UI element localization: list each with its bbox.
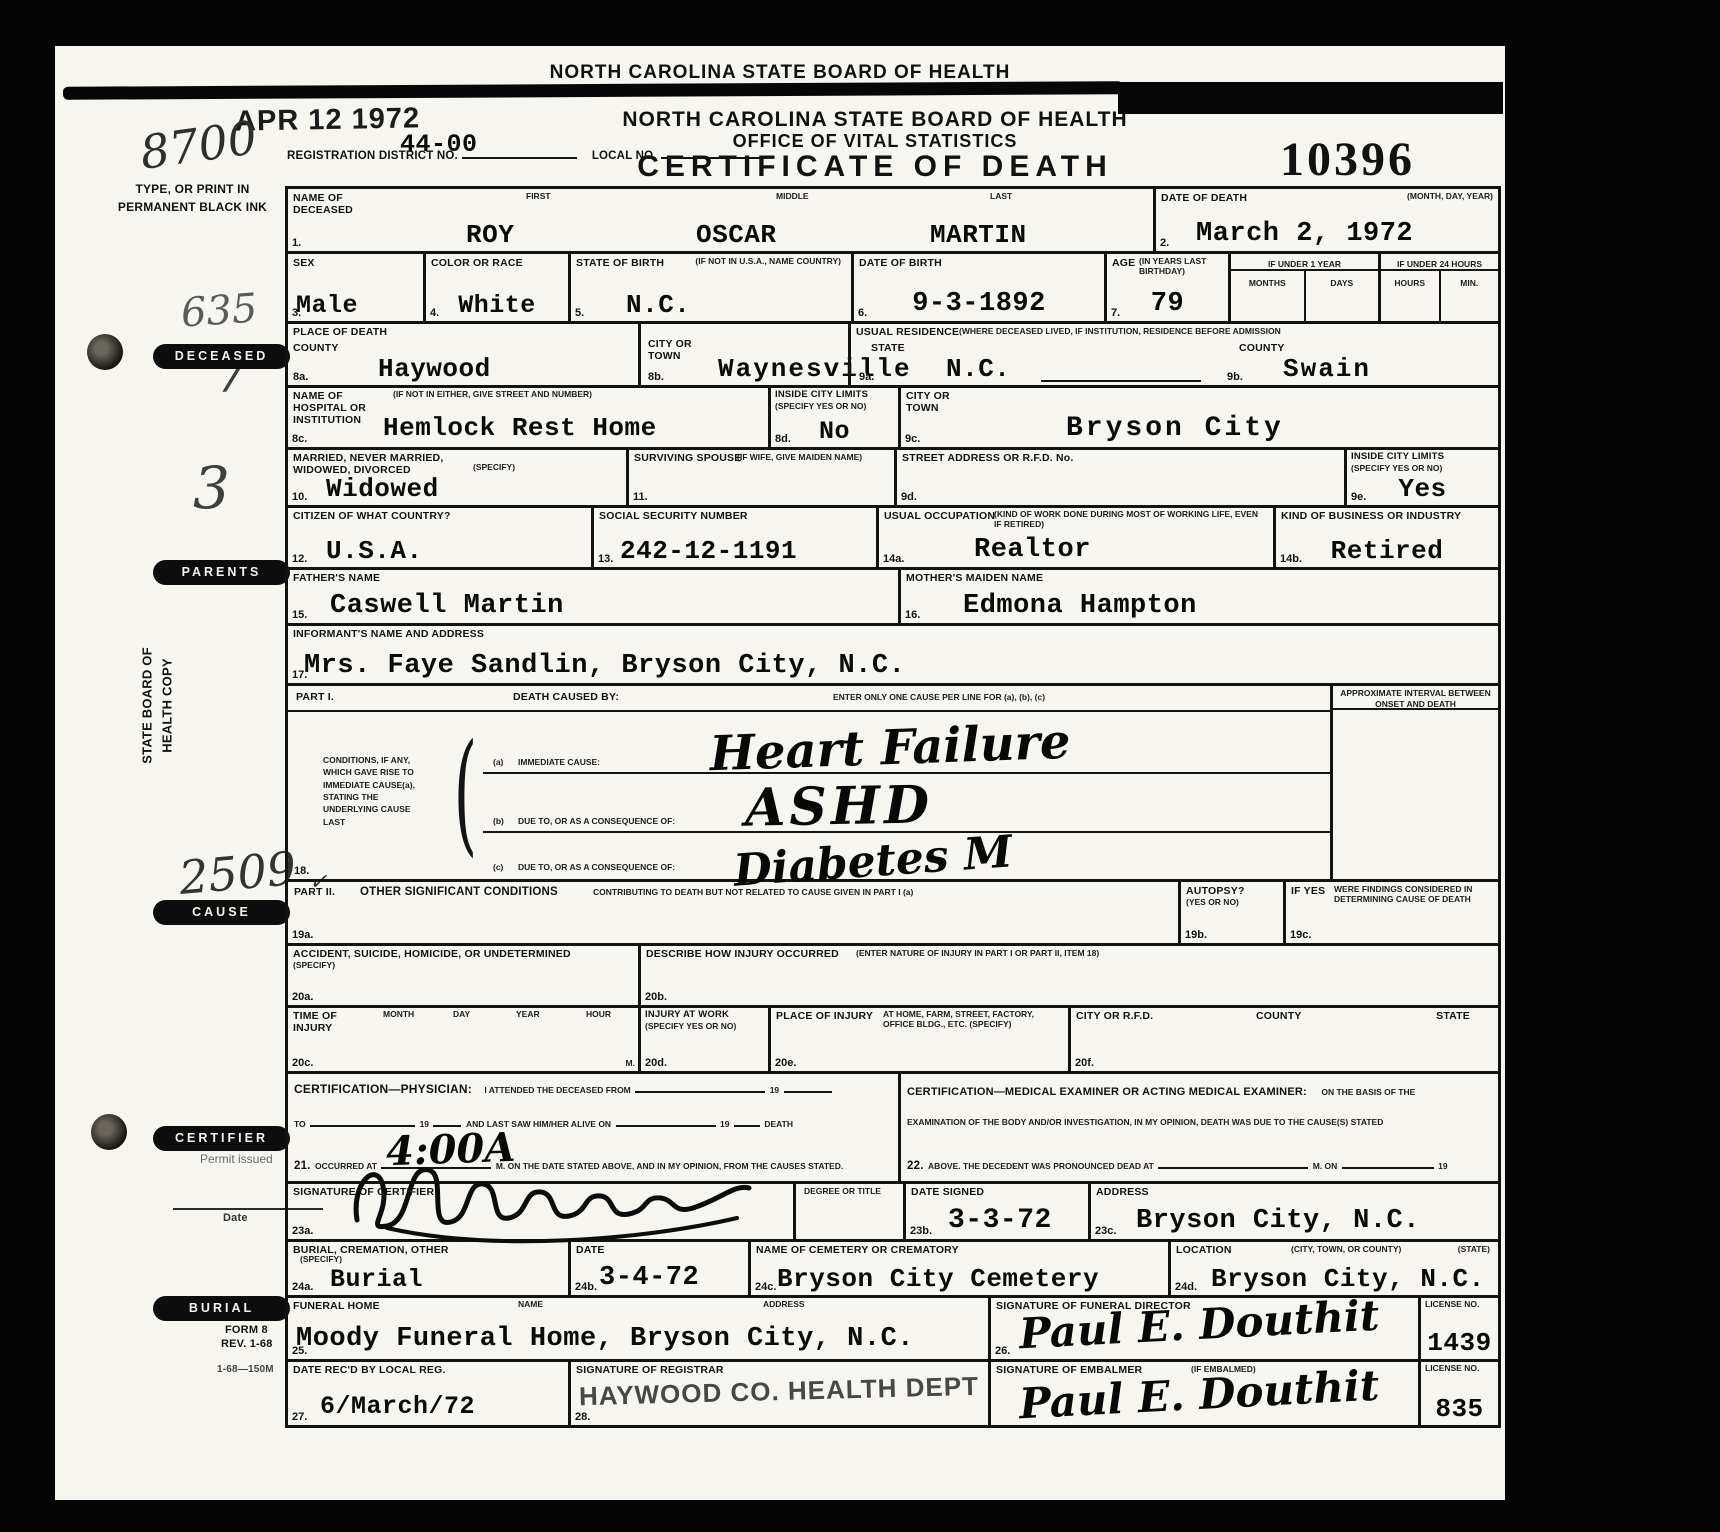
row-signature: SIGNATURE OF CERTIFIER 23a. DEGREE OR TI… bbox=[288, 1181, 1498, 1239]
margin-tab-parents: PARENTS bbox=[153, 560, 290, 585]
funeral-home-label: FUNERAL HOME bbox=[293, 1300, 380, 1312]
city-rfd-label: CITY OR R.F.D. bbox=[1076, 1010, 1153, 1022]
scanned-death-certificate: NORTH CAROLINA STATE BOARD OF HEALTH NOR… bbox=[0, 0, 1720, 1532]
business-number: 14b. bbox=[1280, 553, 1302, 565]
item-26-number: 26. bbox=[995, 1345, 1010, 1357]
item-24d-number: 24d. bbox=[1175, 1281, 1197, 1293]
degree-title-label: DEGREE OR TITLE bbox=[804, 1187, 881, 1197]
me-basis-label: ON THE BASIS OF THE bbox=[1321, 1087, 1415, 1097]
date-of-birth-label: DATE OF BIRTH bbox=[859, 257, 942, 269]
death-caused-by-label: DEATH CAUSED BY: bbox=[513, 691, 619, 703]
item-19b-number: 19b. bbox=[1185, 929, 1207, 941]
item-23c-number: 23c. bbox=[1095, 1225, 1116, 1237]
icl2-label: INSIDE CITY LIMITS bbox=[1351, 452, 1481, 463]
row-burial: BURIAL, CREMATION, OTHER (SPECIFY) 24a. … bbox=[288, 1239, 1498, 1295]
state-of-birth-sublabel: (IF NOT IN U.S.A., NAME COUNTRY) bbox=[671, 257, 841, 267]
icl2-number: 9e. bbox=[1351, 491, 1366, 503]
field-marital-status: MARRIED, NEVER MARRIED, WIDOWED, DIVORCE… bbox=[288, 450, 626, 505]
other-conditions-label: OTHER SIGNIFICANT CONDITIONS bbox=[360, 886, 558, 899]
date-signed-value: 3-3-72 bbox=[948, 1207, 1052, 1235]
how-injury-sublabel: (ENTER NATURE OF INJURY IN PART I OR PAR… bbox=[856, 949, 1099, 959]
date-of-birth-number: 6. bbox=[858, 307, 867, 319]
attended-from-year: 19 bbox=[770, 1085, 779, 1095]
field-place-of-death: PLACE OF DEATH COUNTY 8a. Haywood CITY O… bbox=[288, 324, 848, 385]
occupation-label: USUAL OCCUPATION bbox=[884, 510, 995, 522]
row-part2: PART II. OTHER SIGNIFICANT CONDITIONS CO… bbox=[288, 879, 1498, 943]
previous-page-title: NORTH CAROLINA STATE BOARD OF HEALTH bbox=[55, 62, 1505, 84]
row-marital: MARRIED, NEVER MARRIED, WIDOWED, DIVORCE… bbox=[288, 447, 1498, 505]
margin-date-label: Date bbox=[223, 1212, 248, 1225]
informant-value: Mrs. Faye Sandlin, Bryson City, N.C. bbox=[304, 653, 905, 680]
margin-tab-cause: CAUSE bbox=[153, 900, 290, 925]
funeral-home-name-label: NAME bbox=[518, 1300, 543, 1310]
handwritten-margin-number-3: 3 bbox=[193, 454, 230, 522]
injury-at-work-sublabel: (SPECIFY YES OR NO) bbox=[645, 1022, 765, 1032]
funeral-home-value: Moody Funeral Home, Bryson City, N.C. bbox=[296, 1326, 914, 1353]
date-of-death-label: DATE OF DEATH bbox=[1161, 192, 1247, 204]
spouse-label: SURVIVING SPOUSE bbox=[634, 452, 741, 464]
last-saw-blank bbox=[616, 1116, 716, 1127]
form-print-run: 1-68—150M bbox=[217, 1364, 274, 1376]
icl1-number: 8d. bbox=[775, 433, 791, 445]
field-informant: INFORMANT'S NAME AND ADDRESS 17. Mrs. Fa… bbox=[288, 626, 1498, 683]
row-funeral-home: FUNERAL HOME NAME ADDRESS 25. Moody Fune… bbox=[288, 1295, 1498, 1359]
license2-value: 835 bbox=[1435, 1396, 1483, 1422]
days-cell: DAYS bbox=[1304, 271, 1379, 321]
field-funeral-director-signature: SIGNATURE OF FUNERAL DIRECTOR 26. Paul E… bbox=[988, 1298, 1418, 1359]
handwritten-margin-number-2509: 2509 bbox=[177, 841, 298, 905]
name-item-number: 1. bbox=[292, 237, 301, 249]
received-date-stamp: APR 12 1972 bbox=[235, 102, 421, 138]
icl2-sublabel: (SPECIFY YES OR NO) bbox=[1351, 464, 1481, 474]
cemetery-label: NAME OF CEMETERY OR CREMATORY bbox=[756, 1244, 959, 1256]
row-hospital: NAME OF HOSPITAL OR INSTITUTION (IF NOT … bbox=[288, 385, 1498, 447]
certifier-address-label: ADDRESS bbox=[1096, 1186, 1149, 1198]
certifier-signature bbox=[343, 1142, 763, 1242]
date-of-birth-value: 9-3-1892 bbox=[912, 291, 1046, 318]
place-of-death-label: PLACE OF DEATH bbox=[293, 326, 387, 338]
item-20f-number: 20f. bbox=[1075, 1057, 1094, 1069]
form-revision: REV. 1-68 bbox=[221, 1338, 273, 1351]
item-21-number: 21. bbox=[294, 1160, 311, 1172]
field-burial-date: DATE 24b. 3-4-72 bbox=[568, 1242, 748, 1295]
under-24-header: IF UNDER 24 HOURS bbox=[1381, 254, 1498, 271]
last-label: LAST bbox=[990, 192, 1012, 202]
certificate-paper: NORTH CAROLINA STATE BOARD OF HEALTH NOR… bbox=[55, 46, 1505, 1500]
handwritten-margin-number-top: 8700 bbox=[137, 110, 260, 180]
county-label: COUNTY bbox=[293, 342, 339, 354]
attended-from-year-blank bbox=[784, 1082, 832, 1093]
part1-label: PART I. bbox=[296, 691, 334, 703]
months-label: MONTHS bbox=[1249, 278, 1286, 288]
burial-date-value: 3-4-72 bbox=[599, 1265, 699, 1292]
item-20c-number: 20c. bbox=[292, 1057, 313, 1069]
field-if-under-1-year: IF UNDER 1 YEAR MONTHS DAYS bbox=[1228, 254, 1378, 321]
hours-label: HOURS bbox=[1394, 278, 1425, 288]
occupation-number: 14a. bbox=[883, 553, 904, 565]
field-inside-city-limits-8d: INSIDE CITY LIMITS (SPECIFY YES OR NO) 8… bbox=[768, 388, 898, 447]
row-sex-birth: SEX 3. Male COLOR OR RACE 4. White STATE… bbox=[288, 251, 1498, 321]
field-sex: SEX 3. Male bbox=[288, 254, 423, 321]
pronounced-date-blank bbox=[1342, 1158, 1434, 1169]
field-autopsy: AUTOPSY? (YES OR NO) 19b. bbox=[1178, 882, 1283, 943]
field-street-address: STREET ADDRESS OR R.F.D. No. 9d. bbox=[894, 450, 1344, 505]
field-degree-title: DEGREE OR TITLE bbox=[793, 1184, 903, 1239]
age-value: 79 bbox=[1151, 291, 1184, 318]
icl1-value: No bbox=[819, 419, 850, 444]
b-label: (b) bbox=[493, 817, 504, 827]
date-of-death-sublabel: (MONTH, DAY, YEAR) bbox=[1407, 192, 1493, 202]
field-date-received: DATE REC'D BY LOCAL REG. 27. 6/March/72 bbox=[288, 1362, 568, 1425]
me-line-1: CERTIFICATION—MEDICAL EXAMINER OR ACTING… bbox=[907, 1082, 1415, 1100]
icl2-value: Yes bbox=[1398, 476, 1446, 502]
occupation-sublabel: (KIND OF WORK DONE DURING MOST OF WORKIN… bbox=[994, 510, 1264, 530]
days-label: DAYS bbox=[1330, 278, 1353, 288]
field-citizen: CITIZEN OF WHAT COUNTRY? 12. U.S.A. bbox=[288, 508, 591, 567]
citizen-number: 12. bbox=[292, 553, 307, 565]
license1-value: 1439 bbox=[1427, 1330, 1491, 1356]
c-due-label: DUE TO, OR AS A CONSEQUENCE OF: bbox=[518, 863, 675, 873]
county-value: Haywood bbox=[378, 356, 491, 382]
street-address-label: STREET ADDRESS OR R.F.D. No. bbox=[902, 452, 1073, 464]
cause-line-a: (a) IMMEDIATE CAUSE: Heart Failure bbox=[483, 712, 1330, 774]
under-1-year-subcells: MONTHS DAYS bbox=[1231, 271, 1378, 321]
item-23b-number: 23b. bbox=[910, 1225, 932, 1237]
field-ssn: SOCIAL SECURITY NUMBER 13. 242-12-1191 bbox=[591, 508, 876, 567]
license2-label: LICENSE NO. bbox=[1425, 1364, 1495, 1374]
residence-state-blank bbox=[1041, 371, 1201, 382]
immediate-cause-label: IMMEDIATE CAUSE: bbox=[518, 758, 600, 768]
burial-type-value: Burial bbox=[330, 1267, 423, 1292]
field-hospital: NAME OF HOSPITAL OR INSTITUTION (IF NOT … bbox=[288, 388, 768, 447]
father-value: Caswell Martin bbox=[330, 593, 564, 620]
item-24b-number: 24b. bbox=[575, 1281, 597, 1293]
mother-value: Edmona Hampton bbox=[963, 593, 1197, 620]
item-20e-number: 20e. bbox=[775, 1057, 796, 1069]
item-28-number: 28. bbox=[575, 1411, 590, 1423]
findings-label: IF YES bbox=[1291, 885, 1325, 897]
hospital-label: NAME OF HOSPITAL OR INSTITUTION bbox=[293, 390, 388, 426]
marital-sublabel: (SPECIFY) bbox=[473, 463, 515, 473]
field-if-under-24-hours: IF UNDER 24 HOURS HOURS MIN. bbox=[1378, 254, 1498, 321]
margin-tab-deceased: DECEASED bbox=[153, 344, 290, 369]
field-other-conditions: PART II. OTHER SIGNIFICANT CONDITIONS CO… bbox=[288, 882, 1178, 943]
month-label: MONTH bbox=[383, 1010, 414, 1020]
item-23a-number: 23a. bbox=[292, 1225, 313, 1237]
spouse-sublabel: (IF WIFE, GIVE MAIDEN NAME) bbox=[737, 453, 887, 463]
hole-punch-bottom bbox=[91, 1114, 127, 1150]
field-state-of-birth: STATE OF BIRTH (IF NOT IN U.S.A., NAME C… bbox=[568, 254, 851, 321]
certifier-address-value: Bryson City, N.C. bbox=[1136, 1208, 1420, 1235]
city-town-number: 8b. bbox=[648, 371, 664, 383]
father-number: 15. bbox=[292, 609, 307, 621]
item-20b-number: 20b. bbox=[645, 991, 667, 1003]
under-24-label: IF UNDER 24 HOURS bbox=[1397, 259, 1482, 269]
a-label: (a) bbox=[493, 758, 503, 768]
registration-line: REGISTRATION DISTRICT NO. LOCAL NO. bbox=[287, 146, 766, 164]
under-1-year-header: IF UNDER 1 YEAR bbox=[1231, 254, 1378, 271]
to-blank bbox=[310, 1116, 415, 1127]
part1-main: PART I. DEATH CAUSED BY: ENTER ONLY ONE … bbox=[288, 686, 1330, 879]
funeral-home-address-label: ADDRESS bbox=[763, 1300, 805, 1310]
conditions-brace: ( bbox=[454, 728, 477, 860]
residence-state-number: 9a. bbox=[859, 371, 874, 383]
field-cemetery: NAME OF CEMETERY OR CREMATORY 24c. Bryso… bbox=[748, 1242, 1168, 1295]
b-due-label: DUE TO, OR AS A CONSEQUENCE OF: bbox=[518, 817, 675, 827]
field-surviving-spouse: SURVIVING SPOUSE (IF WIFE, GIVE MAIDEN N… bbox=[626, 450, 894, 505]
field-date-of-death: DATE OF DEATH (MONTH, DAY, YEAR) 2. Marc… bbox=[1153, 189, 1498, 251]
medical-examiner-label: CERTIFICATION—MEDICAL EXAMINER OR ACTING… bbox=[907, 1086, 1307, 1098]
field-name-of-deceased: NAME OF DECEASED FIRST MIDDLE LAST 1. RO… bbox=[288, 189, 1153, 251]
how-injury-label: DESCRIBE HOW INJURY OCCURRED bbox=[646, 948, 839, 960]
marital-value: Widowed bbox=[326, 476, 439, 502]
item-27-number: 27. bbox=[292, 1411, 307, 1423]
hour-label: HOUR bbox=[586, 1010, 611, 1020]
copy-designation-label: STATE BOARD OF HEALTH COPY bbox=[138, 646, 177, 766]
death-word-label: DEATH bbox=[764, 1119, 793, 1129]
date-of-death-number: 2. bbox=[1160, 237, 1169, 249]
me-line-2: EXAMINATION OF THE BODY AND/OR INVESTIGA… bbox=[907, 1118, 1383, 1128]
row-parents: FATHER'S NAME 15. Caswell Martin MOTHER'… bbox=[288, 567, 1498, 623]
row-registrar: DATE REC'D BY LOCAL REG. 27. 6/March/72 … bbox=[288, 1359, 1498, 1425]
last-saw-year-blank bbox=[734, 1116, 760, 1127]
field-usual-residence: USUAL RESIDENCE (WHERE DECEASED LIVED, I… bbox=[848, 324, 1498, 385]
location-label: LOCATION bbox=[1176, 1244, 1232, 1256]
occupation-value: Realtor bbox=[974, 537, 1091, 564]
local-no-label: LOCAL NO. bbox=[592, 150, 657, 162]
usual-residence-label: USUAL RESIDENCE bbox=[856, 326, 959, 338]
field-burial-type: BURIAL, CREMATION, OTHER (SPECIFY) 24a. … bbox=[288, 1242, 568, 1295]
date-received-value: 6/March/72 bbox=[320, 1394, 475, 1419]
hospital-number: 8c. bbox=[292, 433, 307, 445]
field-date-signed: DATE SIGNED 23b. 3-3-72 bbox=[903, 1184, 1088, 1239]
cause-b-value: ASHD bbox=[744, 774, 933, 838]
part1-header: PART I. DEATH CAUSED BY: ENTER ONLY ONE … bbox=[288, 686, 1330, 712]
registration-district-label: REGISTRATION DISTRICT NO. bbox=[287, 150, 458, 162]
item-24a-number: 24a. bbox=[292, 1281, 313, 1293]
other-conditions-sublabel: CONTRIBUTING TO DEATH BUT NOT RELATED TO… bbox=[593, 888, 1153, 898]
me-m-on-label: M. ON bbox=[1313, 1161, 1338, 1171]
ssn-label: SOCIAL SECURITY NUMBER bbox=[599, 510, 748, 522]
residence-county-label: COUNTY bbox=[1239, 342, 1285, 354]
enter-note: ENTER ONLY ONE CAUSE PER LINE FOR (a), (… bbox=[833, 693, 1045, 703]
sex-label: SEX bbox=[293, 257, 315, 269]
part1-body: CONDITIONS, IF ANY, WHICH GAVE RISE TO I… bbox=[288, 712, 1330, 879]
autopsy-sublabel: (YES OR NO) bbox=[1186, 898, 1239, 908]
board-title: NORTH CAROLINA STATE BOARD OF HEALTH bbox=[375, 108, 1375, 132]
informant-label: INFORMANT'S NAME AND ADDRESS bbox=[293, 628, 484, 640]
hospital-sublabel: (IF NOT IN EITHER, GIVE STREET AND NUMBE… bbox=[393, 390, 673, 400]
row-informant: INFORMANT'S NAME AND ADDRESS 17. Mrs. Fa… bbox=[288, 623, 1498, 683]
hours-cell: HOURS bbox=[1381, 271, 1439, 321]
field-how-injury: DESCRIBE HOW INJURY OCCURRED (ENTER NATU… bbox=[638, 946, 1498, 1005]
part1-interval-column: APPROXIMATE INTERVAL BETWEEN ONSET AND D… bbox=[1330, 686, 1498, 879]
business-label: KIND OF BUSINESS OR INDUSTRY bbox=[1281, 510, 1461, 522]
min-label: MIN. bbox=[1460, 278, 1478, 288]
row-part1-cause: PART I. DEATH CAUSED BY: ENTER ONLY ONE … bbox=[288, 683, 1498, 879]
state-of-birth-value: N.C. bbox=[626, 292, 690, 318]
part1-conditions-column: CONDITIONS, IF ANY, WHICH GAVE RISE TO I… bbox=[288, 712, 483, 879]
permit-issued-label: Permit issued bbox=[200, 1152, 273, 1166]
city-town-label: CITY OR TOWN bbox=[648, 338, 698, 362]
row-citizen-ssn: CITIZEN OF WHAT COUNTRY? 12. U.S.A. SOCI… bbox=[288, 505, 1498, 567]
ssn-value: 242-12-1191 bbox=[620, 538, 797, 564]
torn-page-edge bbox=[63, 81, 1123, 100]
under-1-year-label: IF UNDER 1 YEAR bbox=[1268, 259, 1341, 269]
residence-county-value: Swain bbox=[1283, 356, 1371, 382]
field-color-race: COLOR OR RACE 4. White bbox=[423, 254, 568, 321]
location-sublabel-1: (CITY, TOWN, OR COUNTY) bbox=[1291, 1245, 1401, 1255]
row-injury-time: TIME OF INJURY MONTH DAY YEAR HOUR 20c. … bbox=[288, 1005, 1498, 1071]
margin-tab-burial: BURIAL bbox=[153, 1296, 290, 1321]
race-label: COLOR OR RACE bbox=[431, 257, 523, 269]
hospital-value: Hemlock Rest Home bbox=[383, 415, 657, 441]
pronounced-dead-label: ABOVE. THE DECEDENT WAS PRONOUNCED DEAD … bbox=[928, 1161, 1154, 1171]
street-address-number: 9d. bbox=[901, 491, 917, 503]
item-20a-number: 20a. bbox=[292, 991, 313, 1003]
physician-line-2: TO 19 AND LAST SAW HIM/HER ALIVE ON 19 D… bbox=[294, 1114, 793, 1132]
year-label: YEAR bbox=[516, 1010, 540, 1020]
interval-label: APPROXIMATE INTERVAL BETWEEN ONSET AND D… bbox=[1339, 688, 1492, 709]
marital-number: 10. bbox=[292, 491, 307, 503]
row-place-residence: PLACE OF DEATH COUNTY 8a. Haywood CITY O… bbox=[288, 321, 1498, 385]
injury-county-label: COUNTY bbox=[1256, 1010, 1302, 1022]
cause-line-b: (b) DUE TO, OR AS A CONSEQUENCE OF: ASHD bbox=[483, 774, 1330, 833]
age-number: 7. bbox=[1111, 307, 1120, 319]
date-signed-label: DATE SIGNED bbox=[911, 1186, 984, 1198]
field-age: AGE (IN YEARS LAST BIRTHDAY) 7. 79 bbox=[1104, 254, 1228, 321]
field-embalmer-signature: SIGNATURE OF EMBALMER (IF EMBALMED) Paul… bbox=[988, 1362, 1418, 1425]
field-certifier-signature: SIGNATURE OF CERTIFIER 23a. bbox=[288, 1184, 793, 1239]
registrar-signature-label: SIGNATURE OF REGISTRAR bbox=[576, 1364, 724, 1376]
last-name-value: MARTIN bbox=[930, 222, 1027, 248]
part1-lines: (a) IMMEDIATE CAUSE: Heart Failure (b) D… bbox=[483, 712, 1330, 879]
injury-state-label: STATE bbox=[1436, 1010, 1470, 1022]
burial-type-sublabel: (SPECIFY) bbox=[300, 1255, 342, 1265]
field-injury-at-work: INJURY AT WORK (SPECIFY YES OR NO) 20d. bbox=[638, 1008, 768, 1071]
burial-location-value: Bryson City, N.C. bbox=[1211, 1266, 1485, 1292]
license1-label: LICENSE NO. bbox=[1425, 1300, 1495, 1310]
field-findings: IF YES WERE FINDINGS CONSIDERED IN DETER… bbox=[1283, 882, 1498, 943]
field-father: FATHER'S NAME 15. Caswell Martin bbox=[288, 570, 898, 623]
certificate-number: 10396 bbox=[1280, 132, 1415, 187]
citizen-value: U.S.A. bbox=[326, 538, 423, 564]
middle-label: MIDDLE bbox=[776, 192, 809, 202]
item-24c-number: 24c. bbox=[755, 1281, 776, 1293]
physician-label: CERTIFICATION—PHYSICIAN: bbox=[294, 1082, 472, 1096]
accident-label: ACCIDENT, SUICIDE, HOMICIDE, OR UNDETERM… bbox=[293, 948, 623, 960]
spouse-number: 11. bbox=[633, 491, 648, 503]
field-mother: MOTHER'S MAIDEN NAME 16. Edmona Hampton bbox=[898, 570, 1498, 623]
residence-city-number: 9c. bbox=[905, 433, 920, 445]
place-divider bbox=[638, 324, 641, 385]
item-20d-number: 20d. bbox=[645, 1057, 667, 1069]
part2-label: PART II. bbox=[294, 886, 335, 898]
injury-at-work-label: INJURY AT WORK bbox=[645, 1010, 765, 1021]
row-accident: ACCIDENT, SUICIDE, HOMICIDE, OR UNDETERM… bbox=[288, 943, 1498, 1005]
handwritten-margin-number-635: 635 bbox=[179, 285, 258, 336]
field-place-of-injury: PLACE OF INJURY AT HOME, FARM, STREET, F… bbox=[768, 1008, 1068, 1071]
field-funeral-home: FUNERAL HOME NAME ADDRESS 25. Moody Fune… bbox=[288, 1298, 988, 1359]
first-label: FIRST bbox=[526, 192, 551, 202]
field-injury-location: CITY OR R.F.D. COUNTY STATE 20f. bbox=[1068, 1008, 1498, 1071]
age-label: AGE bbox=[1112, 257, 1135, 269]
time-of-injury-label: TIME OF INJURY bbox=[293, 1010, 353, 1034]
to-label: TO bbox=[294, 1119, 306, 1129]
field-burial-location: LOCATION (CITY, TOWN, OR COUNTY) (STATE)… bbox=[1168, 1242, 1498, 1295]
county-number: 8a. bbox=[293, 371, 308, 383]
name-label: NAME OF DECEASED bbox=[293, 192, 378, 216]
ssn-number: 13. bbox=[598, 553, 613, 565]
attended-from-label: I ATTENDED THE DECEASED FROM bbox=[484, 1085, 630, 1095]
age-sublabel: (IN YEARS LAST BIRTHDAY) bbox=[1139, 257, 1224, 277]
father-label: FATHER'S NAME bbox=[293, 572, 380, 584]
me-year: 19 bbox=[1438, 1161, 1447, 1171]
residence-city-label: CITY OR TOWN bbox=[906, 390, 956, 414]
accident-sublabel: (SPECIFY) bbox=[293, 961, 335, 971]
field-certification-medical-examiner: CERTIFICATION—MEDICAL EXAMINER OR ACTING… bbox=[898, 1074, 1498, 1181]
field-accident: ACCIDENT, SUICIDE, HOMICIDE, OR UNDETERM… bbox=[288, 946, 638, 1005]
business-value: Retired bbox=[1331, 538, 1444, 564]
local-no-blank bbox=[661, 148, 766, 159]
residence-state-label: STATE bbox=[871, 342, 905, 354]
field-license-835: LICENSE NO. 835 bbox=[1418, 1362, 1498, 1425]
autopsy-label: AUTOPSY? bbox=[1186, 885, 1245, 897]
conditions-note: CONDITIONS, IF ANY, WHICH GAVE RISE TO I… bbox=[323, 754, 431, 828]
field-date-of-birth: DATE OF BIRTH 6. 9-3-1892 bbox=[851, 254, 1104, 321]
min-cell: MIN. bbox=[1439, 271, 1499, 321]
form-number: FORM 8 bbox=[225, 1324, 268, 1337]
field-time-of-injury: TIME OF INJURY MONTH DAY YEAR HOUR 20c. … bbox=[288, 1008, 638, 1071]
under-24-subcells: HOURS MIN. bbox=[1381, 271, 1498, 321]
cause-line-c: (c) DUE TO, OR AS A CONSEQUENCE OF: Diab… bbox=[483, 833, 1330, 879]
usual-residence-sublabel: (WHERE DECEASED LIVED, IF INSTITUTION, R… bbox=[959, 327, 1494, 337]
margin-tab-certifier: CERTIFIER bbox=[153, 1126, 290, 1151]
race-value: White bbox=[458, 293, 536, 318]
last-saw-year: 19 bbox=[720, 1119, 729, 1129]
field-inside-city-limits-9e: INSIDE CITY LIMITS (SPECIFY YES OR NO) 9… bbox=[1344, 450, 1498, 505]
c-label: (c) bbox=[493, 863, 503, 873]
physician-line-1: CERTIFICATION—PHYSICIAN: I ATTENDED THE … bbox=[294, 1080, 832, 1098]
marital-label: MARRIED, NEVER MARRIED, WIDOWED, DIVORCE… bbox=[293, 452, 493, 476]
field-registrar-signature: SIGNATURE OF REGISTRAR 28. HAYWOOD CO. H… bbox=[568, 1362, 988, 1425]
burial-date-label: DATE bbox=[576, 1244, 605, 1256]
item-19a-number: 19a. bbox=[292, 929, 313, 941]
row-name: NAME OF DECEASED FIRST MIDDLE LAST 1. RO… bbox=[288, 189, 1498, 251]
hole-punch-top bbox=[87, 334, 123, 370]
place-of-injury-label: PLACE OF INJURY bbox=[776, 1010, 873, 1022]
place-of-injury-sublabel: AT HOME, FARM, STREET, FACTORY, OFFICE B… bbox=[883, 1010, 1058, 1030]
certificate-form: NAME OF DECEASED FIRST MIDDLE LAST 1. RO… bbox=[285, 186, 1501, 1428]
location-sublabel-2: (STATE) bbox=[1458, 1245, 1490, 1255]
field-business: KIND OF BUSINESS OR INDUSTRY 14b. Retire… bbox=[1273, 508, 1498, 567]
state-of-birth-label: STATE OF BIRTH bbox=[576, 257, 664, 269]
ink-instruction-note: TYPE, OR PRINT IN PERMANENT BLACK INK bbox=[115, 180, 270, 216]
residence-county-number: 9b. bbox=[1227, 371, 1243, 383]
residence-city-value: Bryson City bbox=[1066, 415, 1284, 443]
mother-label: MOTHER'S MAIDEN NAME bbox=[906, 572, 1043, 584]
race-number: 4. bbox=[430, 307, 439, 319]
months-cell: MONTHS bbox=[1231, 271, 1304, 321]
icl1-label: INSIDE CITY LIMITS bbox=[775, 390, 895, 401]
residence-state-value: N.C. bbox=[946, 356, 1010, 382]
field-residence-city: CITY OR TOWN 9c. Bryson City bbox=[898, 388, 1498, 447]
interval-header: APPROXIMATE INTERVAL BETWEEN ONSET AND D… bbox=[1333, 686, 1498, 710]
field-license-1439: LICENSE NO. 1439 bbox=[1418, 1298, 1498, 1359]
middle-name-value: OSCAR bbox=[696, 222, 777, 248]
pronounced-time-blank bbox=[1158, 1158, 1308, 1169]
me-line-3: 22. ABOVE. THE DECEDENT WAS PRONOUNCED D… bbox=[907, 1156, 1448, 1174]
